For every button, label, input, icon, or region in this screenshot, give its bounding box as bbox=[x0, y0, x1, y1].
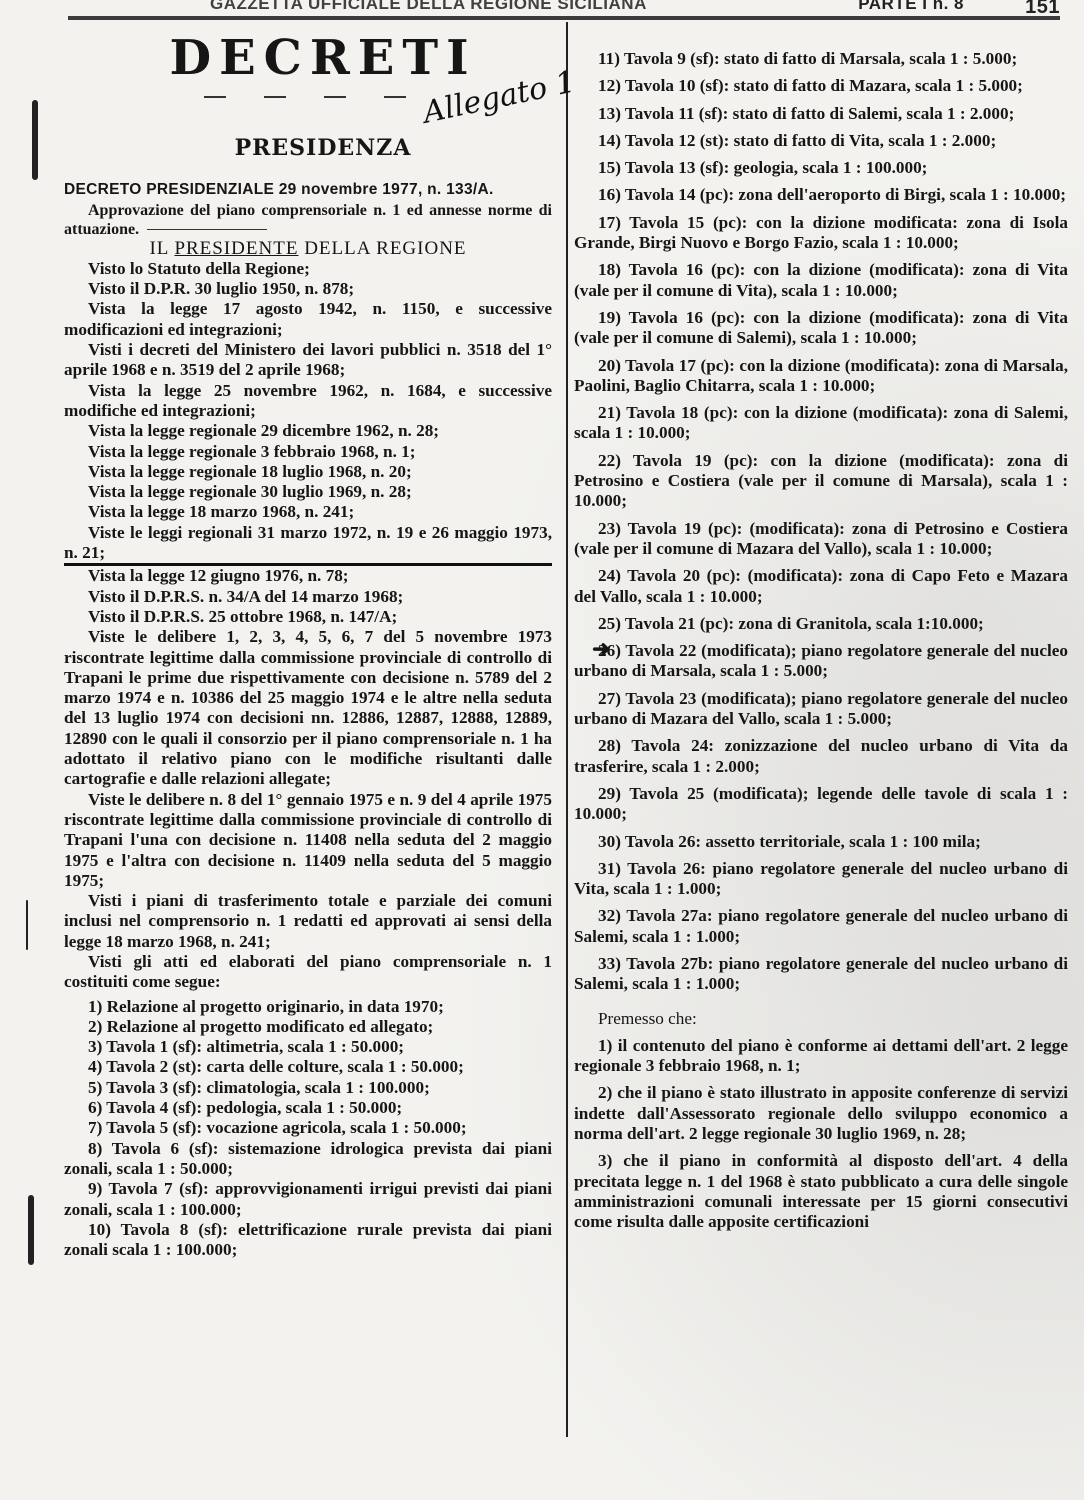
column-divider bbox=[566, 22, 568, 1437]
paragraph: Viste le delibere n. 8 del 1° gennaio 19… bbox=[64, 790, 552, 891]
attachment-item: 13) Tavola 11 (sf): stato di fatto di Sa… bbox=[574, 104, 1068, 124]
attachment-item: 18) Tavola 16 (pc): con la dizione (modi… bbox=[574, 260, 1068, 301]
attachment-item: 32) Tavola 27a: piano regolatore general… bbox=[574, 906, 1068, 947]
running-header: GAZZETTA UFFICIALE DELLA REGIONE SICILIA… bbox=[60, 0, 1064, 16]
attachment-item: 24) Tavola 20 (pc): (modificata): zona d… bbox=[574, 566, 1068, 607]
attachment-item: 23) Tavola 19 (pc): (modificata): zona d… bbox=[574, 519, 1068, 560]
president-heading: IL PRESIDENTE DELLA REGIONE bbox=[64, 239, 552, 259]
paragraph: Viste le delibere 1, 2, 3, 4, 5, 6, 7 de… bbox=[64, 627, 552, 789]
attachment-item: 12) Tavola 10 (sf): stato di fatto di Ma… bbox=[574, 76, 1068, 96]
recitals-list: Visto lo Statuto della Regione;Visto il … bbox=[64, 259, 552, 523]
recital: Vista la legge regionale 3 febbraio 1968… bbox=[64, 442, 552, 462]
attachment-item: 3) Tavola 1 (sf): altimetria, scala 1 : … bbox=[64, 1037, 552, 1057]
attachment-item: 1) Relazione al progetto originario, in … bbox=[64, 997, 552, 1017]
attachment-item: 4) Tavola 2 (st): carta delle colture, s… bbox=[64, 1057, 552, 1077]
attachment-item: 14) Tavola 12 (st): stato di fatto di Vi… bbox=[574, 131, 1068, 151]
attachment-item: 19) Tavola 16 (pc): con la dizione (modi… bbox=[574, 308, 1068, 349]
recital: Visto il D.P.R.S. n. 34/A del 14 marzo 1… bbox=[64, 587, 552, 607]
attachment-item: 28) Tavola 24: zonizzazione del nucleo u… bbox=[574, 736, 1068, 777]
margin-mark bbox=[32, 100, 38, 180]
attachment-item: 21) Tavola 18 (pc): con la dizione (modi… bbox=[574, 403, 1068, 444]
attachments-list: 1) Relazione al progetto originario, in … bbox=[64, 997, 552, 1261]
running-title: GAZZETTA UFFICIALE DELLA REGIONE SICILIA… bbox=[210, 0, 647, 14]
paragraphs: Viste le delibere 1, 2, 3, 4, 5, 6, 7 de… bbox=[64, 627, 552, 992]
premise-item: 3) che il piano in conformità al dispost… bbox=[574, 1151, 1068, 1232]
premise-item: 2) che il piano è stato illustrato in ap… bbox=[574, 1083, 1068, 1144]
attachment-item: 7) Tavola 5 (sf): vocazione agricola, sc… bbox=[64, 1118, 552, 1138]
recital: Vista la legge regionale 29 dicembre 196… bbox=[64, 421, 552, 441]
underlined-recital: Viste le leggi regionali 31 marzo 1972, … bbox=[64, 523, 552, 567]
attachments-list-continued: 11) Tavola 9 (sf): stato di fatto di Mar… bbox=[574, 49, 1068, 995]
right-column: 11) Tavola 9 (sf): stato di fatto di Mar… bbox=[574, 42, 1068, 1233]
premise-heading: Premesso che: bbox=[574, 1009, 1068, 1029]
attachment-item: 15) Tavola 13 (sf): geologia, scala 1 : … bbox=[574, 158, 1068, 178]
recital: Vista la legge 25 novembre 1962, n. 1684… bbox=[64, 381, 552, 422]
decree-subtitle: Approvazione del piano comprensoriale n.… bbox=[64, 201, 552, 239]
paragraph: Visti gli atti ed elaborati del piano co… bbox=[64, 952, 552, 993]
recital: Vista la legge regionale 18 luglio 1968,… bbox=[64, 462, 552, 482]
attachment-item: 22) Tavola 19 (pc): con la dizione (modi… bbox=[574, 451, 1068, 512]
recital: Visto lo Statuto della Regione; bbox=[64, 259, 552, 279]
margin-mark bbox=[26, 900, 28, 950]
part-label: PARTE I n. 8 bbox=[858, 0, 964, 14]
paragraph: Visti i piani di trasferimento totale e … bbox=[64, 891, 552, 952]
attachment-item: 10) Tavola 8 (sf): elettrificazione rura… bbox=[64, 1220, 552, 1261]
attachment-item: 30) Tavola 26: assetto territoriale, sca… bbox=[574, 832, 1068, 852]
attachment-item: 25) Tavola 21 (pc): zona di Granitola, s… bbox=[574, 614, 1068, 634]
header-rule bbox=[68, 16, 1060, 20]
attachment-item: 16) Tavola 14 (pc): zona dell'aeroporto … bbox=[574, 185, 1068, 205]
recital: Vista la legge regionale 30 luglio 1969,… bbox=[64, 482, 552, 502]
attachment-item: 9) Tavola 7 (sf): approvvigionamenti irr… bbox=[64, 1179, 552, 1220]
attachment-item: 29) Tavola 25 (modificata); legende dell… bbox=[574, 784, 1068, 825]
attachment-item: 11) Tavola 9 (sf): stato di fatto di Mar… bbox=[574, 49, 1068, 69]
heading-rule bbox=[204, 96, 442, 98]
recital: Vista la legge 18 marzo 1968, n. 241; bbox=[64, 502, 552, 522]
section-heading: PRESIDENZA bbox=[94, 138, 552, 158]
attachment-item: 2) Relazione al progetto modificato ed a… bbox=[64, 1017, 552, 1037]
premises-list: 1) il contenuto del piano è conforme ai … bbox=[574, 1036, 1068, 1233]
scanned-page: GAZZETTA UFFICIALE DELLA REGIONE SICILIA… bbox=[0, 0, 1084, 1500]
premise-item: 1) il contenuto del piano è conforme ai … bbox=[574, 1036, 1068, 1077]
attachment-item: 8) Tavola 6 (sf): sistemazione idrologic… bbox=[64, 1139, 552, 1180]
attachment-item: ➜26) Tavola 22 (modificata); piano regol… bbox=[574, 641, 1068, 682]
attachment-item: 17) Tavola 15 (pc): con la dizione modif… bbox=[574, 213, 1068, 254]
recitals-list-2: Vista la legge 12 giugno 1976, n. 78;Vis… bbox=[64, 566, 552, 627]
recital: Vista la legge 12 giugno 1976, n. 78; bbox=[64, 566, 552, 586]
page-heading: DECRETI bbox=[94, 30, 552, 86]
arrow-right-icon: ➜ bbox=[568, 642, 598, 656]
attachment-item: 6) Tavola 4 (sf): pedologia, scala 1 : 5… bbox=[64, 1098, 552, 1118]
attachment-item: 31) Tavola 26: piano regolatore generale… bbox=[574, 859, 1068, 900]
left-column: DECRETI PRESIDENZA DECRETO PRESIDENZIALE… bbox=[64, 30, 552, 1260]
recital: Visti i decreti del Ministero dei lavori… bbox=[64, 340, 552, 381]
decree-title: DECRETO PRESIDENZIALE 29 novembre 1977, … bbox=[64, 180, 552, 200]
attachment-item: 20) Tavola 17 (pc): con la dizione (modi… bbox=[574, 356, 1068, 397]
attachment-item: 27) Tavola 23 (modificata); piano regola… bbox=[574, 689, 1068, 730]
margin-mark bbox=[28, 1195, 34, 1265]
recital: Vista la legge 17 agosto 1942, n. 1150, … bbox=[64, 299, 552, 340]
recital: Visto il D.P.R. 30 luglio 1950, n. 878; bbox=[64, 279, 552, 299]
attachment-item: 33) Tavola 27b: piano regolatore general… bbox=[574, 954, 1068, 995]
attachment-item: 5) Tavola 3 (sf): climatologia, scala 1 … bbox=[64, 1078, 552, 1098]
recital: Visto il D.P.R.S. 25 ottobre 1968, n. 14… bbox=[64, 607, 552, 627]
